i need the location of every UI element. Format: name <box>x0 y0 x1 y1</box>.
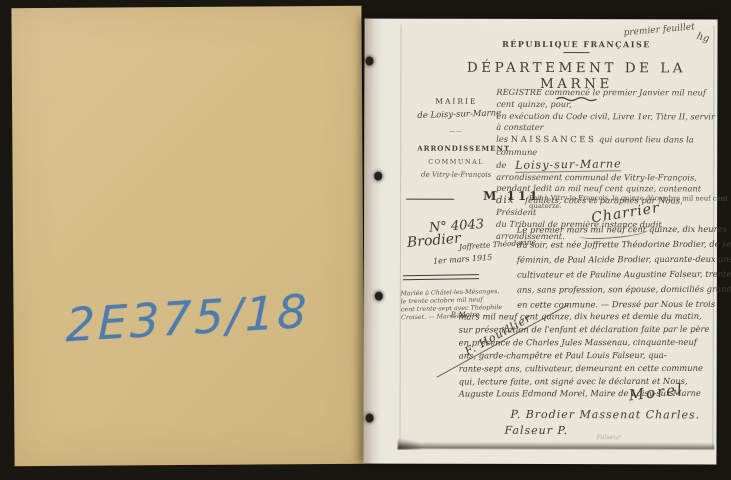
arrondissement-place: de Vitry-le-François <box>417 171 495 179</box>
act-line: cultivateur et de Pauline Augustine Fals… <box>517 267 725 283</box>
margin-surname: Brodier <box>406 230 461 250</box>
mairie-commune-handwritten: de Loisy-sur-Marne <box>417 109 495 122</box>
header-rule <box>563 52 589 53</box>
stitch-hole <box>374 172 382 181</box>
registre-line: arrondissement communal de Vitry-le-Fran… <box>496 171 720 183</box>
folder-cover: 2E375/18 <box>11 6 364 466</box>
arrondissement-label: ARRONDISSEMENT <box>417 144 495 153</box>
republic-title: RÉPUBLIQUE FRANÇAISE <box>460 39 694 50</box>
act-line: du soir, est née Joffrette Théodorine Br… <box>517 237 725 253</box>
stitch-hole <box>366 414 374 423</box>
act-body-lower: mars mil neuf cent quinze, dix heures et… <box>459 310 727 401</box>
registre-line: de Loisy-sur-Marne <box>496 159 720 172</box>
pencil-annotation: Falseur <box>596 433 621 441</box>
act-line: rante-sept ans, cultivateur, demeurant e… <box>459 361 727 375</box>
margin-divider: —— <box>417 128 495 135</box>
mairie-label: MAIRIE <box>417 97 495 106</box>
act-line: ans, sans profession, son épouse, domici… <box>517 282 725 298</box>
communal-label: COMMUNAL <box>417 158 495 166</box>
stitch-hole <box>365 57 373 66</box>
handwritten-folio-note: premier feuillet <box>623 22 695 38</box>
binding-gutter <box>363 19 382 464</box>
folio-paraph: hg <box>695 31 710 45</box>
commune-handwritten: Loisy-sur-Marne <box>515 158 622 172</box>
act-line: qui, lecture faite, ont signé avec le dé… <box>459 374 727 388</box>
registre-line: REGISTRE commencé le premier Janvier mil… <box>496 87 720 111</box>
act-line: en présence de Charles Jules Massenau, c… <box>459 336 727 350</box>
margin-date: 1er mars 1915 <box>433 253 493 266</box>
margin-administrative-block: MAIRIE de Loisy-sur-Marne —— ARRONDISSEM… <box>417 97 495 179</box>
act-body-upper: Le premier mars mil neuf cent quinze, di… <box>517 221 725 313</box>
registre-line: en exécution du Code civil, Livre 1er, T… <box>496 110 720 134</box>
act-line: Le premier mars mil neuf cent quinze, di… <box>517 221 725 238</box>
act-line: ans, garde-champêtre et Paul Louis False… <box>459 349 727 363</box>
photostat-bottom-edge <box>398 442 714 450</box>
margin-double-underline <box>403 274 479 280</box>
act-line: féminin, de Paul Alcide Brodier, quarant… <box>517 252 725 268</box>
act-line: Auguste Louis Edmond Morel, Maire de Loi… <box>459 387 727 401</box>
act-line: sur présentation de l'enfant et déclarat… <box>459 323 727 337</box>
scanned-register-spread: 2E375/18 premier feuillet hg RÉPUBLIQUE … <box>0 0 731 480</box>
certification-dash <box>406 199 454 200</box>
photostat-corner-smudge <box>397 438 423 450</box>
witness-signature-falseur: Falseur P. <box>504 424 568 437</box>
act-line: mars mil neuf cent quinze, dix heures et… <box>459 310 727 324</box>
registre-line: les NAISSANCES qui auront lieu dans la c… <box>496 134 720 159</box>
photostat-sheet: premier feuillet hg RÉPUBLIQUE FRANÇAISE… <box>399 25 714 450</box>
register-page: premier feuillet hg RÉPUBLIQUE FRANÇAISE… <box>363 19 717 465</box>
naissances-label: NAISSANCES <box>511 135 597 145</box>
stitch-hole <box>375 292 383 301</box>
witness-signatures: P. Brodier Massenat Charles. <box>511 408 701 421</box>
archive-call-number: 2E375/18 <box>66 284 310 353</box>
